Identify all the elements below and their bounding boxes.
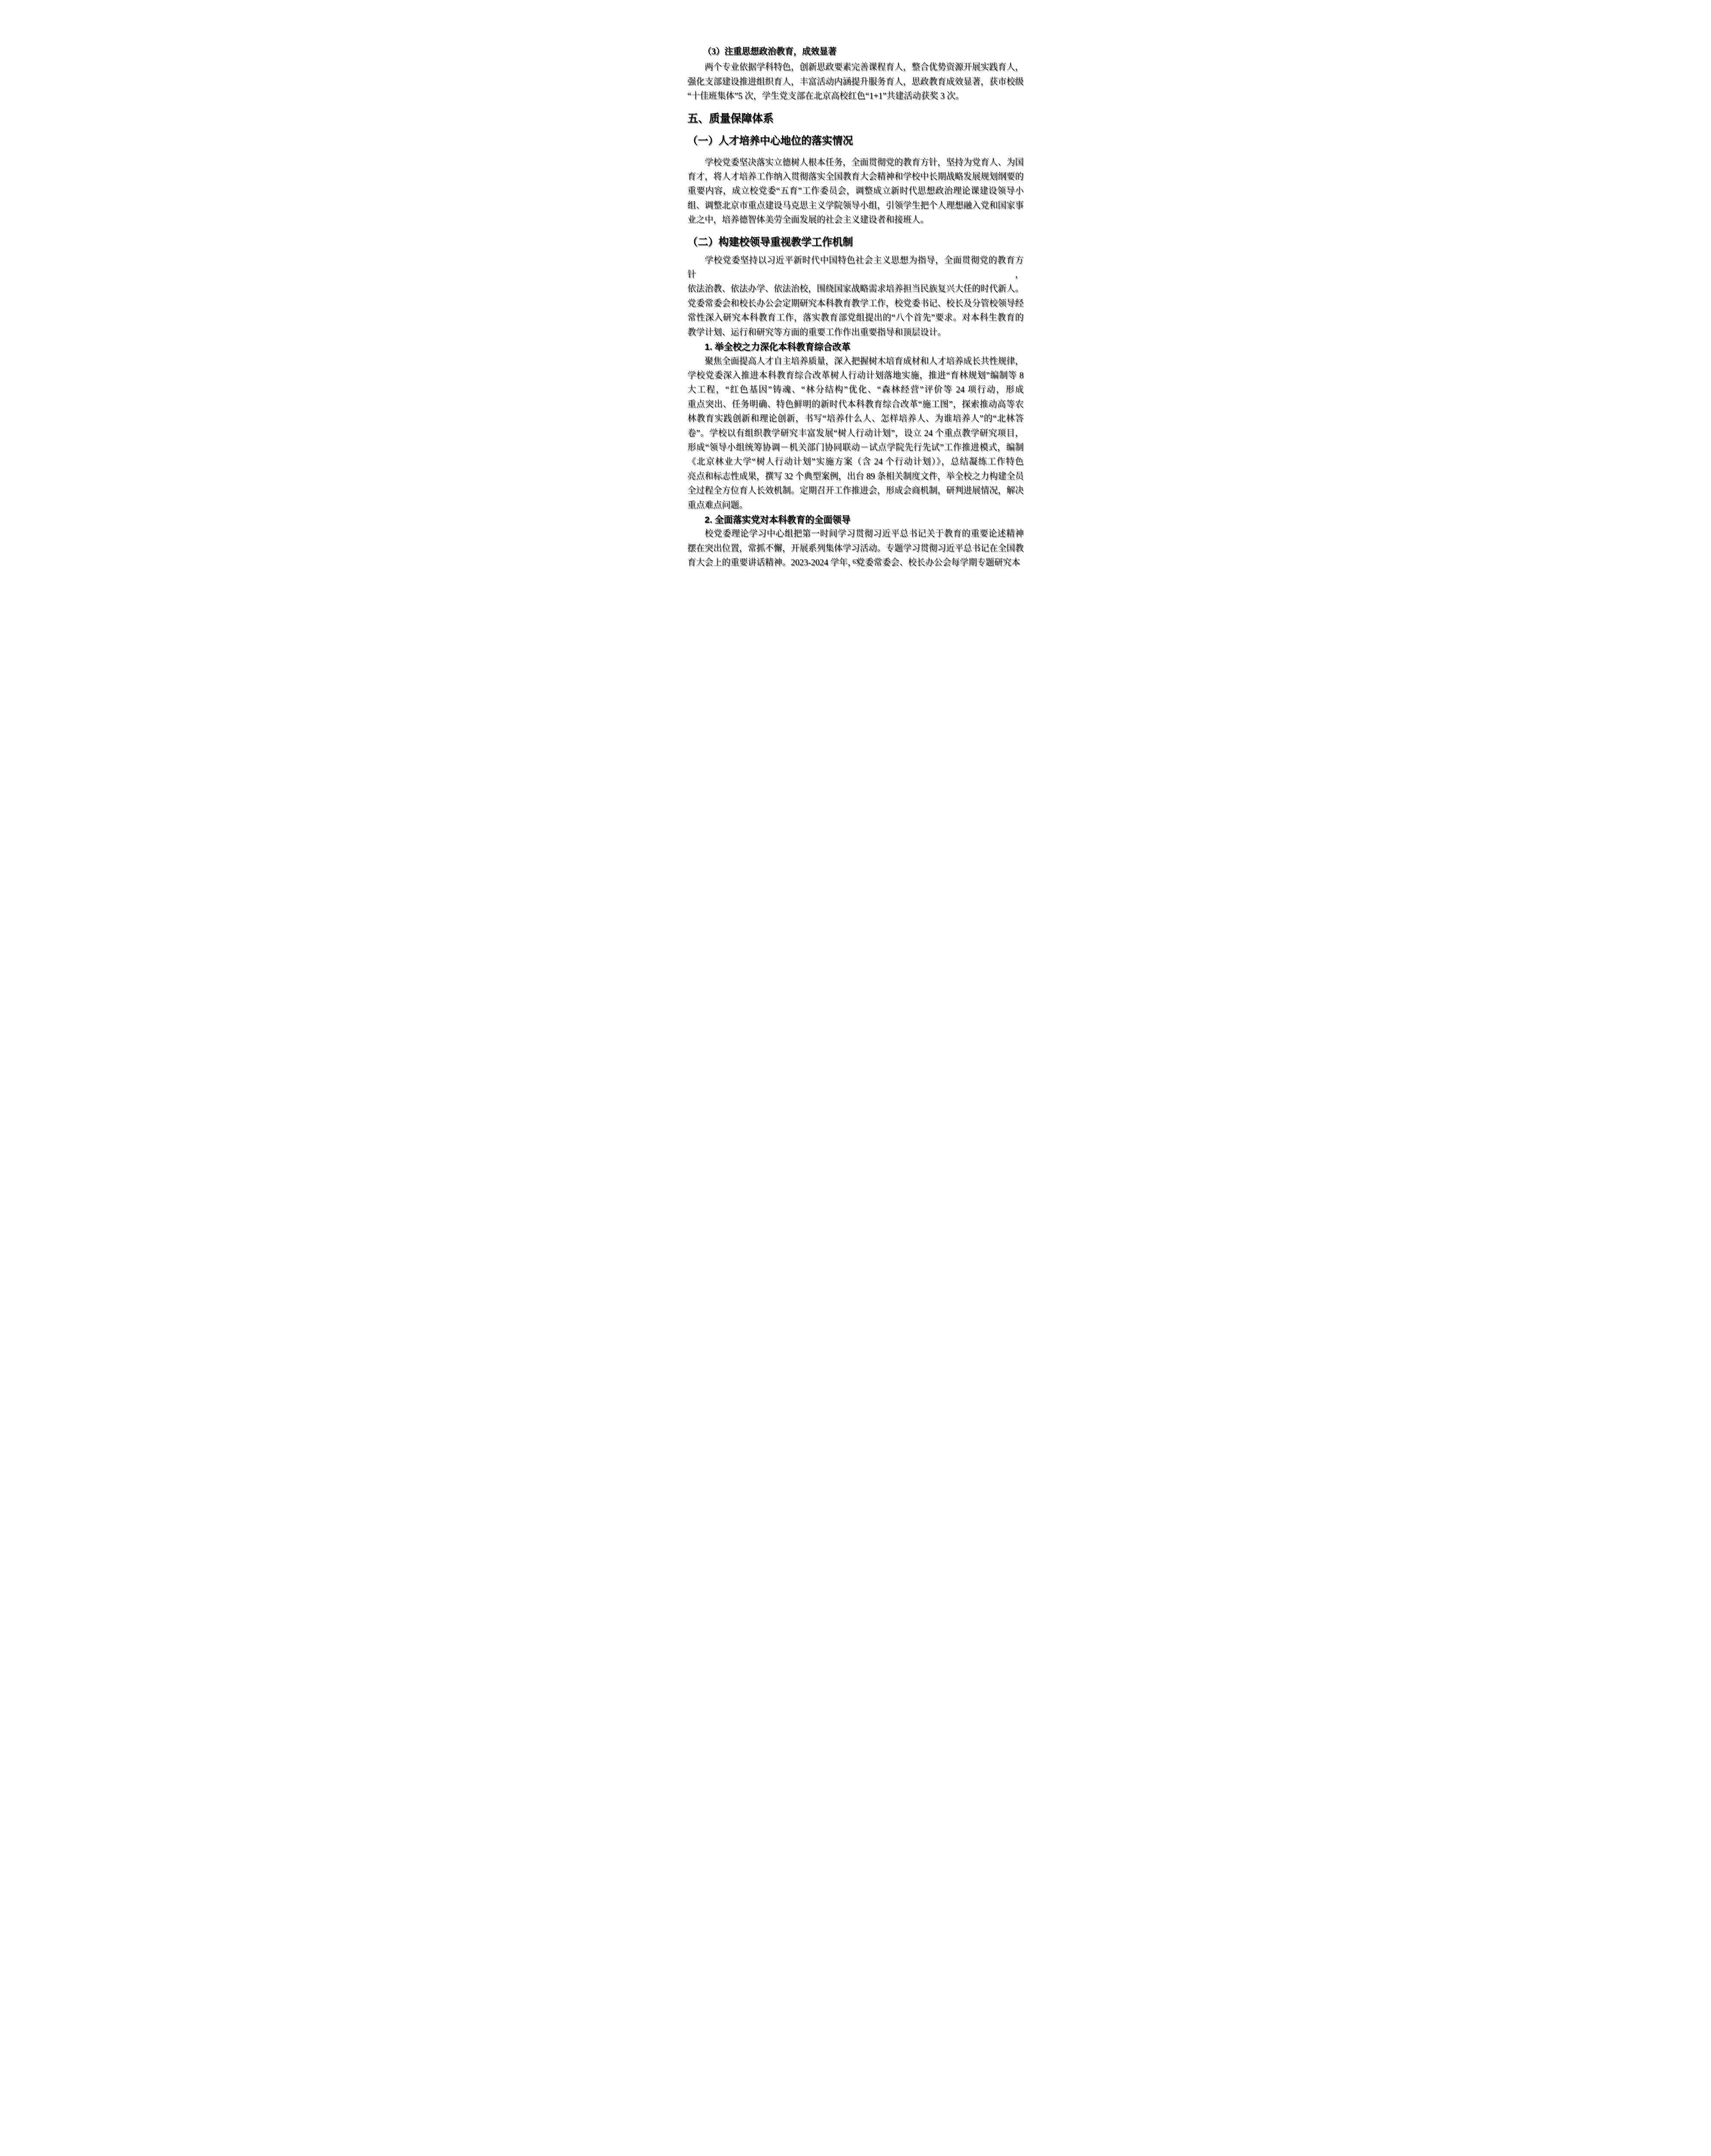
- text-line: 育才，将人才培养工作纳入贯彻落实全国教育大会精神和学校中长期战略发展规划纲要的: [688, 170, 1024, 184]
- text-line: 强化支部建设推进组织育人，丰富活动内涵提升服务育人，思政教育成效显著，获市校级: [688, 75, 1024, 89]
- text-line: 学校党委坚持以习近平新时代中国特色社会主义思想为指导，全面贯彻党的教育方针，: [688, 254, 1024, 282]
- text-line: 校党委理论学习中心组把第一时间学习贯彻习近平总书记关于教育的重要论述精神: [688, 527, 1024, 541]
- text-line: 形成“领导小组统筹协调－机关部门协同联动－试点学院先行先试”工作推进模式，编制: [688, 441, 1024, 455]
- text-line: 摆在突出位置，常抓不懈，开展系列集体学习活动。专题学习贯彻习近平总书记在全国教: [688, 542, 1024, 556]
- clause-heading: （3）注重思想政治教育，成效显著: [688, 45, 1024, 59]
- text-line: 重要内容，成立校党委“五育”工作委员会，调整成立新时代思想政治理论课建设领导小: [688, 184, 1024, 198]
- text-line: 两个专业依据学科特色，创新思政要素完善课程育人，整合优势资源开展实践育人，: [688, 60, 1024, 75]
- section-heading-2: （二）构建校领导重视教学工作机制: [688, 235, 1024, 250]
- chapter-heading: 五、质量保障体系: [688, 111, 1024, 126]
- text-line: 常性深入研究本科教育工作，落实教育部党组提出的“八个首先”要求。对本科生教育的: [688, 311, 1024, 325]
- text-line: “十佳班集体”5 次，学生党支部在北京高校红色“1+1”共建活动获奖 3 次。: [688, 89, 1024, 103]
- text-line: 全过程全方位育人长效机制。定期召开工作推进会，形成会商机制，研判进展情况，解决: [688, 484, 1024, 498]
- text-line: 大工程，“红色基因”铸魂、“林分结构”优化、“森林经营”评价等 24 项行动，形…: [688, 383, 1024, 397]
- text-line: 林教育实践创新和理论创新，书写“培养什么人、怎样培养人、为谁培养人”的“北林答: [688, 412, 1024, 426]
- paragraph-1: 两个专业依据学科特色，创新思政要素完善课程育人，整合优势资源开展实践育人， 强化…: [688, 60, 1024, 103]
- paragraph-4: 聚焦全面提高人才自主培养质量，深入把握树木培育成材和人才培养成长共性规律， 学校…: [688, 354, 1024, 513]
- text-line: 党委常委会和校长办公会定期研究本科教育教学工作，校党委书记、校长及分管校领导经: [688, 297, 1024, 311]
- text-line: 聚焦全面提高人才自主培养质量，深入把握树木培育成材和人才培养成长共性规律，: [688, 354, 1024, 369]
- text-line: 亮点和标志性成果，撰写 32 个典型案例，出台 89 条相关制度文件，举全校之力…: [688, 470, 1024, 484]
- paragraph-3: 学校党委坚持以习近平新时代中国特色社会主义思想为指导，全面贯彻党的教育方针， 依…: [688, 254, 1024, 340]
- text-line: 重点难点问题。: [688, 498, 1024, 513]
- text-line: 学校党委深入推进本科教育综合改革树人行动计划落地实施，推进“育林规划”编制等 8: [688, 369, 1024, 383]
- text-line: 教学计划、运行和研究等方面的重要工作作出重要指导和顶层设计。: [688, 326, 1024, 340]
- text-line: 卷”。学校以有组织教学研究丰富发展“树人行动计划”，设立 24 个重点教学研究项…: [688, 426, 1024, 441]
- document-page: （3）注重思想政治教育，成效显著 两个专业依据学科特色，创新思政要素完善课程育人…: [642, 0, 1070, 605]
- page-number: 63: [642, 558, 1070, 567]
- text-line: 《北京林业大学“树人行动计划”实施方案（含 24 个行动计划）》，总结凝练工作特…: [688, 455, 1024, 469]
- numbered-heading-2: 2. 全面落实党对本科教育的全面领导: [688, 513, 1024, 527]
- section-heading-1: （一）人才培养中心地位的落实情况: [688, 133, 1024, 149]
- text-line: 业之中，培养德智体美劳全面发展的社会主义建设者和接班人。: [688, 213, 1024, 227]
- text-line: 组、调整北京市重点建设马克思主义学院领导小组，引领学生把个人理想融入党和国家事: [688, 199, 1024, 213]
- numbered-heading-1: 1. 举全校之力深化本科教育综合改革: [688, 340, 1024, 354]
- text-line: 依法治教、依法办学、依法治校，围绕国家战略需求培养担当民族复兴大任的时代新人。: [688, 282, 1024, 296]
- paragraph-2: 学校党委坚决落实立德树人根本任务，全面贯彻党的教育方针，坚持为党育人、为国 育才…: [688, 156, 1024, 228]
- text-line: 重点突出、任务明确、特色鲜明的新时代本科教育综合改革“施工图”，探索推动高等农: [688, 398, 1024, 412]
- text-line: 学校党委坚决落实立德树人根本任务，全面贯彻党的教育方针，坚持为党育人、为国: [688, 156, 1024, 170]
